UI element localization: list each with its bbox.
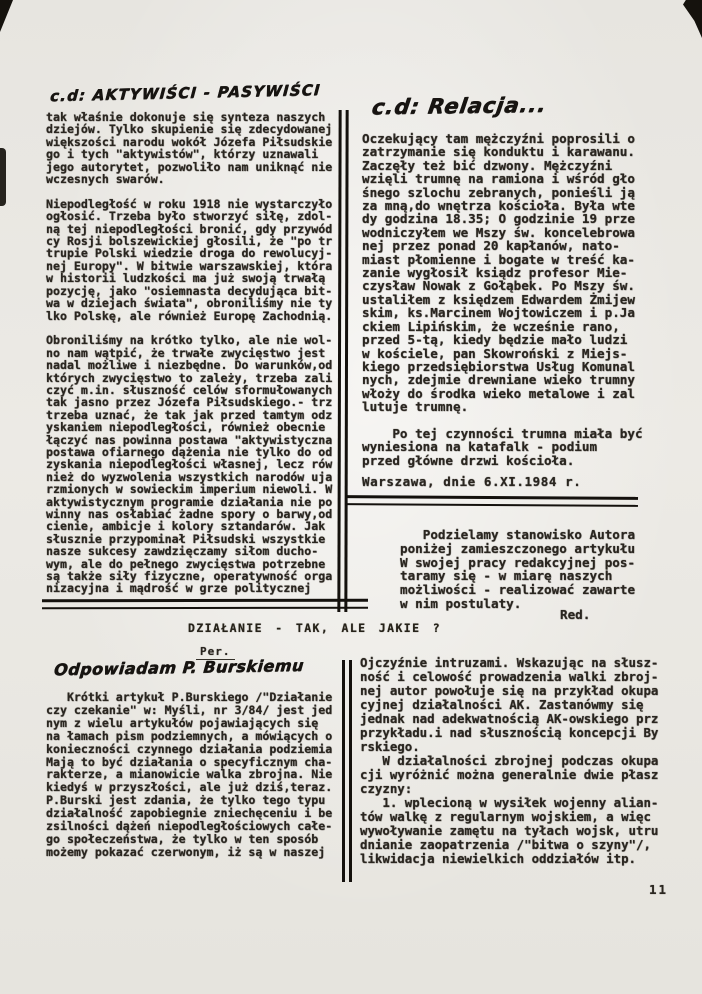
photocopy-smudge-top-left xyxy=(0,0,13,32)
editorial-signature: Red. xyxy=(560,607,590,622)
article-title-dzialanie-tak-ale-jakie: DZIAŁANIE - TAK, ALE JAKIE ? xyxy=(188,621,441,635)
article-text-aktywisci-pasywisci: tak właśnie dokonuje się synteza naszych… xyxy=(46,111,332,595)
photocopy-smudge-top-right xyxy=(683,0,702,38)
handwritten-byline-odpowiadam: Odpowiadam P. Burskiemu xyxy=(53,656,304,679)
section-rule-right-column xyxy=(345,495,638,507)
article-text-relacja: Oczekujący tam mężczyźni poprosili o zat… xyxy=(362,132,643,467)
handwritten-heading-aktywisci-pasywisci: c.d: AKTYWIŚCI - PASYWIŚCI xyxy=(49,81,321,105)
dateline-warszawa: Warszawa, dnie 6.XI.1984 r. xyxy=(362,474,581,489)
section-rule-left-column xyxy=(42,599,368,610)
scanned-page: c.d: AKTYWIŚCI - PASYWIŚCI tak właśnie d… xyxy=(0,0,702,994)
handwritten-heading-relacja: c.d: Relacja... xyxy=(370,93,548,119)
article-text-bottom-right: Ojczyźnie intruzami. Wskazując na słusz-… xyxy=(360,656,658,866)
article-text-bottom-left: Krótki artykuł P.Burskiego /"Działanie c… xyxy=(46,691,332,859)
photocopy-smudge-left-edge xyxy=(0,148,6,206)
column-divider-rule-top xyxy=(337,110,348,612)
column-divider-rule-bottom xyxy=(342,660,352,882)
page-number: 11 xyxy=(649,882,668,897)
editorial-note-text: Podzielamy stanowisko Autora poniżej zam… xyxy=(400,528,635,611)
